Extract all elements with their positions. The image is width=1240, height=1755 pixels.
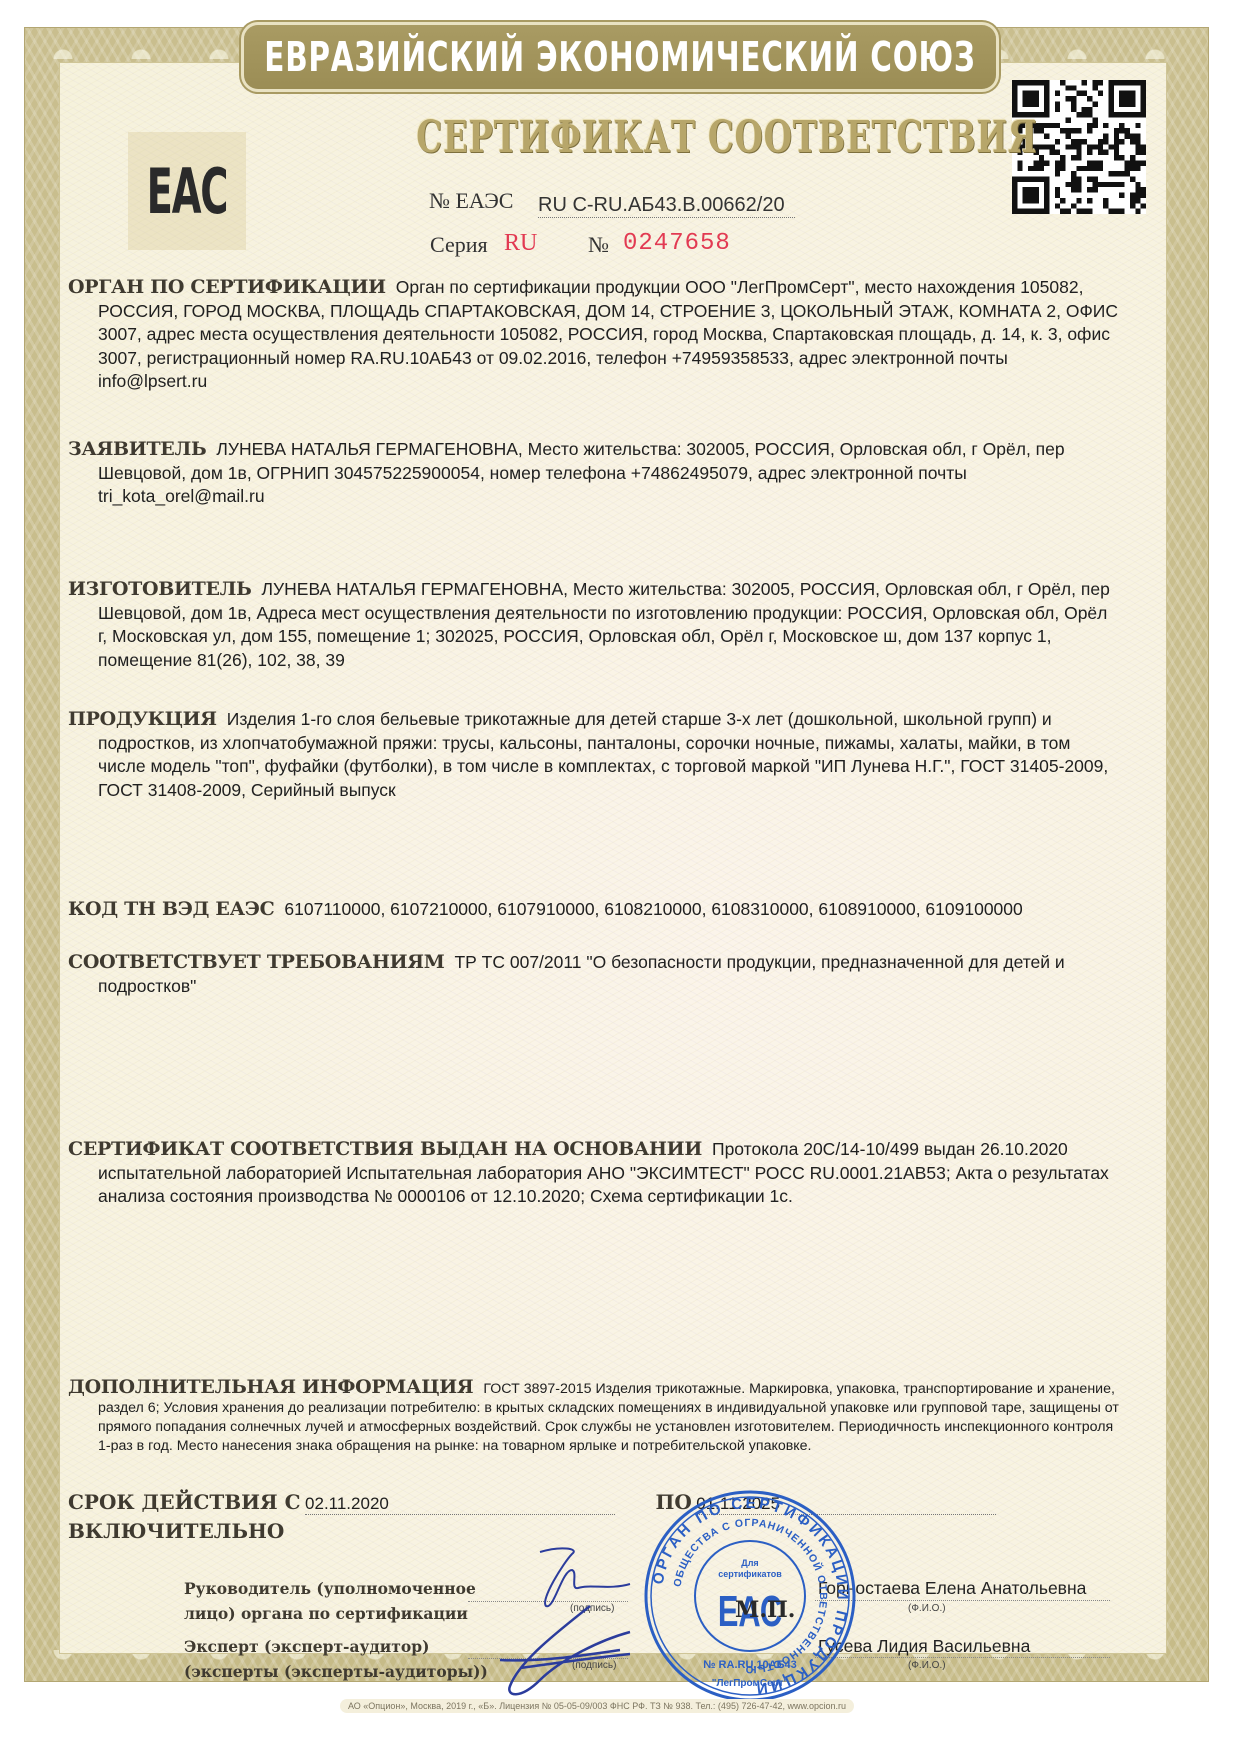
section-certification-body: ОРГАН ПО СЕРТИФИКАЦИИОрган по сертификац… <box>68 276 1120 394</box>
head-name-caption: (Ф.И.О.) <box>908 1603 946 1614</box>
printer-note: АО «Опцион», Москва, 2019 г., «Б». Лицен… <box>340 1699 854 1713</box>
svg-text:№ RA.RU.10АБ43: № RA.RU.10АБ43 <box>703 1659 797 1671</box>
section-basis: СЕРТИФИКАТ СООТВЕТСТВИЯ ВЫДАН НА ОСНОВАН… <box>68 1138 1120 1209</box>
expert-name-caption: (Ф.И.О.) <box>908 1660 946 1671</box>
svg-text:Для: Для <box>741 1558 758 1568</box>
section-heading: ИЗГОТОВИТЕЛЬ <box>68 578 252 600</box>
section-hs-code: КОД ТН ВЭД ЕАЭС 6107110000, 6107210000, … <box>68 898 1120 922</box>
series-label: Серия <box>430 232 488 258</box>
section-text: ЛУНЕВА НАТАЛЬЯ ГЕРМАГЕНОВНА, Место жител… <box>98 439 1065 506</box>
section-additional-info: ДОПОЛНИТЕЛЬНАЯ ИНФОРМАЦИЯГОСТ 3897-2015 … <box>68 1378 1120 1456</box>
section-applicant: ЗАЯВИТЕЛЬЛУНЕВА НАТАЛЬЯ ГЕРМАГЕНОВНА, Ме… <box>68 438 1120 509</box>
eac-logo-icon: ЕАС <box>147 155 228 228</box>
certification-seal-stamp-icon: ОРГАН ПО СЕРТИФИКАЦИИ ПРОДУКЦИИ ОБЩЕСТВА… <box>640 1486 860 1706</box>
eac-logo: ЕАС <box>128 132 246 250</box>
head-label: Руководитель (уполномоченное лицо) орган… <box>184 1576 476 1626</box>
section-heading: ЗАЯВИТЕЛЬ <box>68 438 206 460</box>
expert-label: Эксперт (эксперт-аудитор) (эксперты (экс… <box>184 1634 488 1684</box>
section-heading: ОРГАН ПО СЕРТИФИКАЦИИ <box>68 276 386 298</box>
seal-label: М.П. <box>735 1597 795 1623</box>
section-products: ПРОДУКЦИЯИзделия 1-го слоя бельевые трик… <box>68 708 1120 802</box>
union-title: ЕВРАЗИЙСКИЙ ЭКОНОМИЧЕСКИЙ СОЮЗ <box>264 33 975 81</box>
section-text: Изделия 1-го слоя бельевые трикотажные д… <box>98 709 1108 800</box>
union-title-banner: ЕВРАЗИЙСКИЙ ЭКОНОМИЧЕСКИЙ СОЮЗ <box>244 25 996 89</box>
document-title: СЕРТИФИКАТ СООТВЕТСТВИЯ <box>416 112 816 163</box>
blank-number-value: 0247658 <box>623 230 731 257</box>
section-manufacturer: ИЗГОТОВИТЕЛЬЛУНЕВА НАТАЛЬЯ ГЕРМАГЕНОВНА,… <box>68 578 1120 672</box>
expert-signature-icon <box>480 1600 640 1710</box>
svg-text:"ЛегПромСерт": "ЛегПромСерт" <box>712 1678 789 1689</box>
section-heading: СООТВЕТСТВУЕТ ТРЕБОВАНИЯМ <box>68 951 444 973</box>
section-heading: КОД ТН ВЭД ЕАЭС <box>68 898 274 922</box>
series-value: RU <box>504 230 537 257</box>
section-heading: СЕРТИФИКАТ СООТВЕТСТВИЯ ВЫДАН НА ОСНОВАН… <box>68 1138 702 1160</box>
validity-from-label: СРОК ДЕЙСТВИЯ С <box>68 1490 301 1514</box>
section-heading: ДОПОЛНИТЕЛЬНАЯ ИНФОРМАЦИЯ <box>68 1376 473 1398</box>
section-text: 6107110000, 6107210000, 6107910000, 6108… <box>284 898 1022 922</box>
svg-text:сертификатов: сертификатов <box>718 1569 782 1579</box>
section-heading: ПРОДУКЦИЯ <box>68 708 217 730</box>
blank-number-label: № <box>588 232 609 258</box>
validity-from-date: 02.11.2020 <box>305 1494 615 1515</box>
registration-label: № ЕАЭС <box>429 188 513 214</box>
section-requirements: СООТВЕТСТВУЕТ ТРЕБОВАНИЯМТР ТС 007/2011 … <box>68 951 1120 998</box>
registration-number: RU C-RU.АБ43.В.00662/20 <box>538 194 795 218</box>
